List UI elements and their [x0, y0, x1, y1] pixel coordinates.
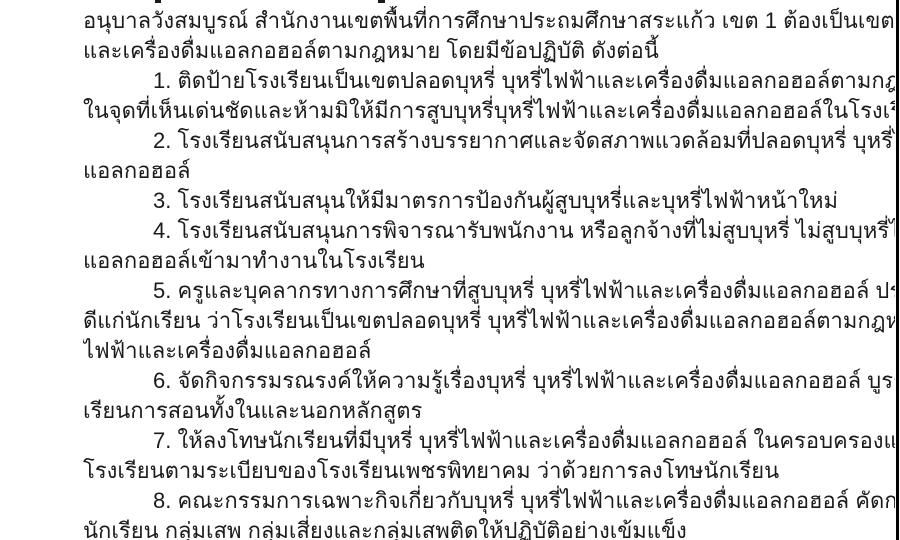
text-line-item-7: 7. ให้ลงโทษนักเรียนที่มีบุหรี่ บุหรี่ไฟฟ…	[83, 426, 895, 456]
text-line: แอลกอฮอล์	[83, 156, 895, 186]
text-line: อนุบาลวังสมบูรณ์ สำนักงานเขตพื้นที่การศึ…	[83, 6, 895, 36]
text-line: เรียนการสอนทั้งในและนอกหลักสูตร	[83, 396, 895, 426]
text-line-item-8: 8. คณะกรรมการเฉพาะกิจเกี่ยวกับบุหรี่ บุห…	[83, 486, 895, 516]
text-line-item-4: 4. โรงเรียนสนับสนุนการพิจารณารับพนักงาน …	[83, 216, 895, 246]
text-line-item-3: 3. โรงเรียนสนับสนุนให้มีมาตรการป้องกันผู…	[83, 186, 895, 216]
page-edge-line	[896, 0, 899, 540]
text-line-item-5: 5. ครูและบุคลากรทางการศึกษาที่สูบบุหรี่ …	[83, 276, 895, 306]
text-line: ดีแก่นักเรียน ว่าโรงเรียนเป็นเขตปลอดบุหร…	[83, 306, 895, 336]
text-line-item-6: 6. จัดกิจกรรมรณรงค์ให้ความรู้เรื่องบุหรี…	[83, 366, 895, 396]
document-text: อนุบาลวังสมบูรณ์ สำนักงานเขตพื้นที่การศึ…	[83, 6, 895, 540]
text-line: ไฟฟ้าและเครื่องดื่มแอลกอฮอล์	[83, 336, 895, 366]
clipped-text-remnant	[378, 0, 385, 3]
text-line: และเครื่องดื่มแอลกอฮอล์ตามกฎหมาย โดยมีข้…	[83, 36, 895, 66]
text-line: ในจุดที่เห็นเด่นชัดและห้ามมิให้มีการสูบบ…	[83, 96, 895, 126]
text-line-item-1: 1. ติดป้ายโรงเรียนเป็นเขตปลอดบุหรี่ บุหร…	[83, 66, 895, 96]
text-line-clipped: นักเรียน กลุ่มเสพ กลุ่มเสี่ยงและกลุ่มเสพ…	[83, 516, 895, 540]
text-line: โรงเรียนตามระเบียบของโรงเรียนเพชรพิทยาคม…	[83, 456, 895, 486]
document-page: อนุบาลวังสมบูรณ์ สำนักงานเขตพื้นที่การศึ…	[0, 0, 900, 540]
clipped-text-remnant	[155, 0, 161, 3]
text-line-item-2: 2. โรงเรียนสนับสนุนการสร้างบรรยากาศและจั…	[83, 126, 895, 156]
text-line: แอลกอฮอล์เข้ามาทำงานในโรงเรียน	[83, 246, 895, 276]
